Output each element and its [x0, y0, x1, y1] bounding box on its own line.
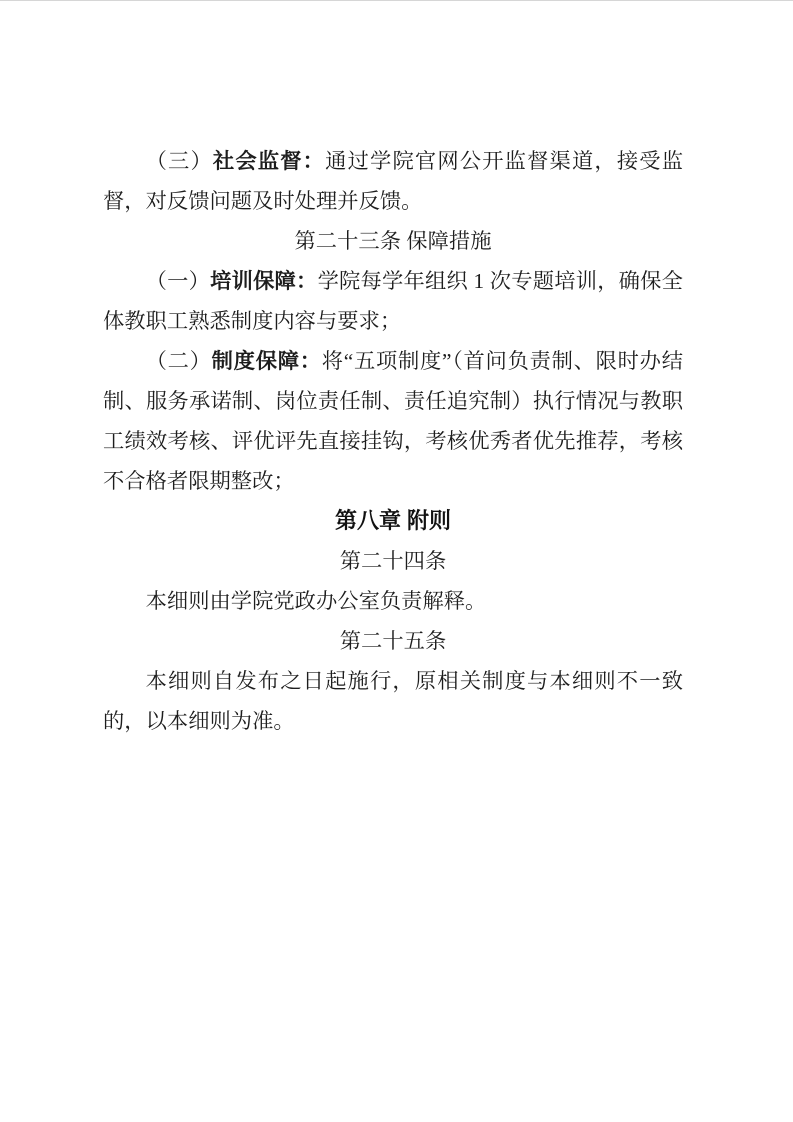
item-text: 本细则由学院党政办公室负责解释。: [146, 589, 487, 613]
heading-article-24: 第二十四条: [103, 541, 683, 581]
item-label-social-supervision: 社会监督：: [213, 149, 325, 173]
heading-article-23: 第二十三条 保障措施: [103, 221, 683, 261]
item-label-system-guarantee: 制度保障：: [212, 349, 322, 373]
heading-article-23-text: 第二十三条 保障措施: [295, 229, 492, 253]
paragraph-social-supervision: （三）社会监督：通过学院官网公开监督渠道，接受监督，对反馈问题及时处理并反馈。: [103, 141, 683, 221]
item-text: 本细则自发布之日起施行，原相关制度与本细则不一致的，以本细则为准。: [103, 669, 683, 733]
heading-article-25-text: 第二十五条: [340, 629, 447, 653]
paragraph-system-guarantee: （二）制度保障：将“五项制度”（首问负责制、限时办结制、服务承诺制、岗位责任制、…: [103, 341, 683, 501]
paragraph-effective-date: 本细则自发布之日起施行，原相关制度与本细则不一致的，以本细则为准。: [103, 661, 683, 741]
heading-article-25: 第二十五条: [103, 621, 683, 661]
paragraph-interpretation: 本细则由学院党政办公室负责解释。: [103, 581, 683, 621]
item-label-training-guarantee: 培训保障：: [210, 269, 317, 293]
item-number: （三）: [146, 149, 213, 173]
heading-chapter-8-text: 第八章 附则: [335, 508, 451, 533]
paragraph-training-guarantee: （一）培训保障：学院每学年组织 1 次专题培训，确保全体教职工熟悉制度内容与要求…: [103, 261, 683, 341]
document-page: （三）社会监督：通过学院官网公开监督渠道，接受监督，对反馈问题及时处理并反馈。 …: [0, 0, 793, 1122]
item-number: （二）: [146, 349, 212, 373]
heading-article-24-text: 第二十四条: [340, 549, 447, 573]
document-content: （三）社会监督：通过学院官网公开监督渠道，接受监督，对反馈问题及时处理并反馈。 …: [103, 141, 683, 741]
item-number: （一）: [146, 269, 210, 293]
heading-chapter-8: 第八章 附则: [103, 501, 683, 541]
